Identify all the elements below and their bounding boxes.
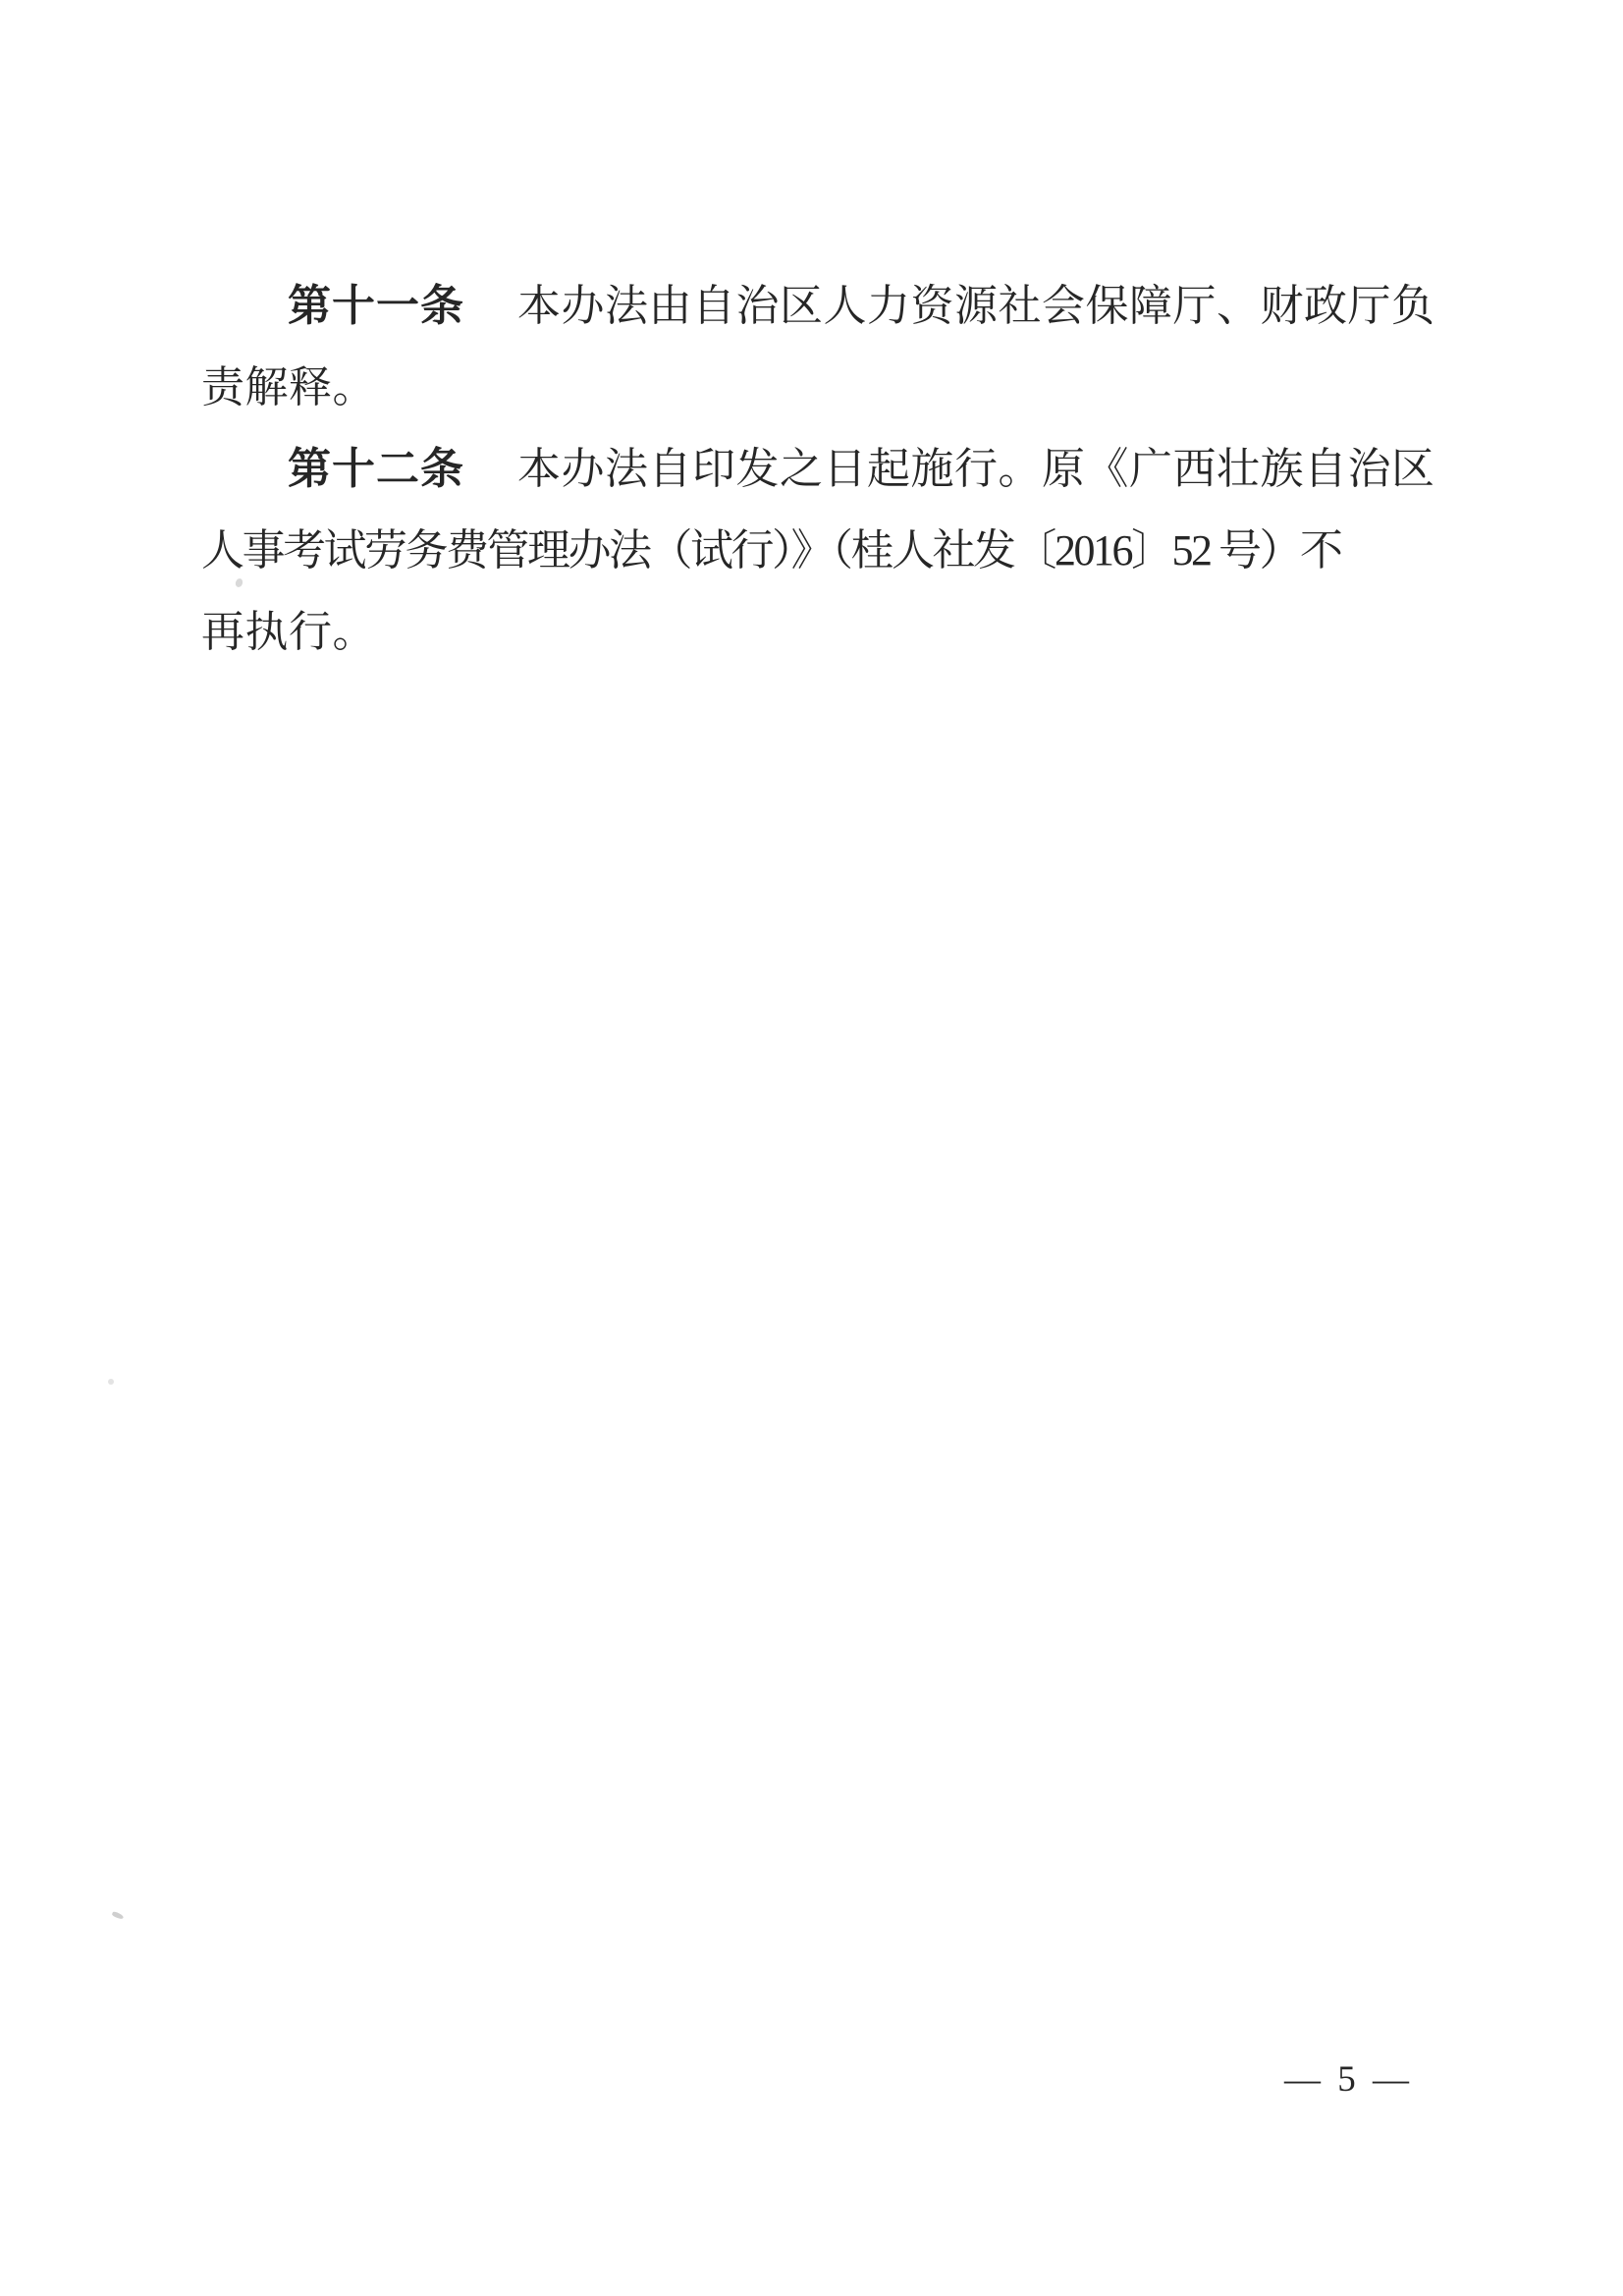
article-11-term: 第十一条 [288, 281, 464, 331]
article-11-line-1: 第十一条本办法由自治区人力资源社会保障厅、财政厅负 [201, 265, 1421, 347]
article-12-term: 第十二条 [288, 444, 464, 494]
page-number: — 5 — [1284, 2058, 1413, 2101]
article-11-line-2: 责解释。 [201, 347, 1421, 428]
document-body: 第十一条本办法由自治区人力资源社会保障厅、财政厅负 责解释。 第十二条本办法自印… [201, 265, 1421, 673]
article-12-line-2-text: 人事考试劳务费管理办法（试行）》（桂人社发〔2016〕52 号）不 [201, 526, 1341, 574]
scan-speck [112, 1911, 125, 1920]
article-12-line-2: 人事考试劳务费管理办法（试行）》（桂人社发〔2016〕52 号）不 [201, 510, 1421, 591]
article-12-line-3-text: 再执行。 [201, 608, 376, 656]
article-11-line-2-text: 责解释。 [201, 363, 376, 411]
article-11-line-1-text: 本办法由自治区人力资源社会保障厅、财政厅负 [517, 282, 1435, 330]
scanned-document-page: 第十一条本办法由自治区人力资源社会保障厅、财政厅负 责解释。 第十二条本办法自印… [0, 0, 1623, 2296]
term-gap [464, 319, 517, 320]
article-12-line-1-text: 本办法自印发之日起施行。原《广西壮族自治区 [517, 445, 1435, 493]
article-12-line-1: 第十二条本办法自印发之日起施行。原《广西壮族自治区 [201, 428, 1421, 510]
scan-speck [108, 1379, 114, 1385]
article-12-line-3: 再执行。 [201, 591, 1421, 673]
term-gap [464, 482, 517, 483]
